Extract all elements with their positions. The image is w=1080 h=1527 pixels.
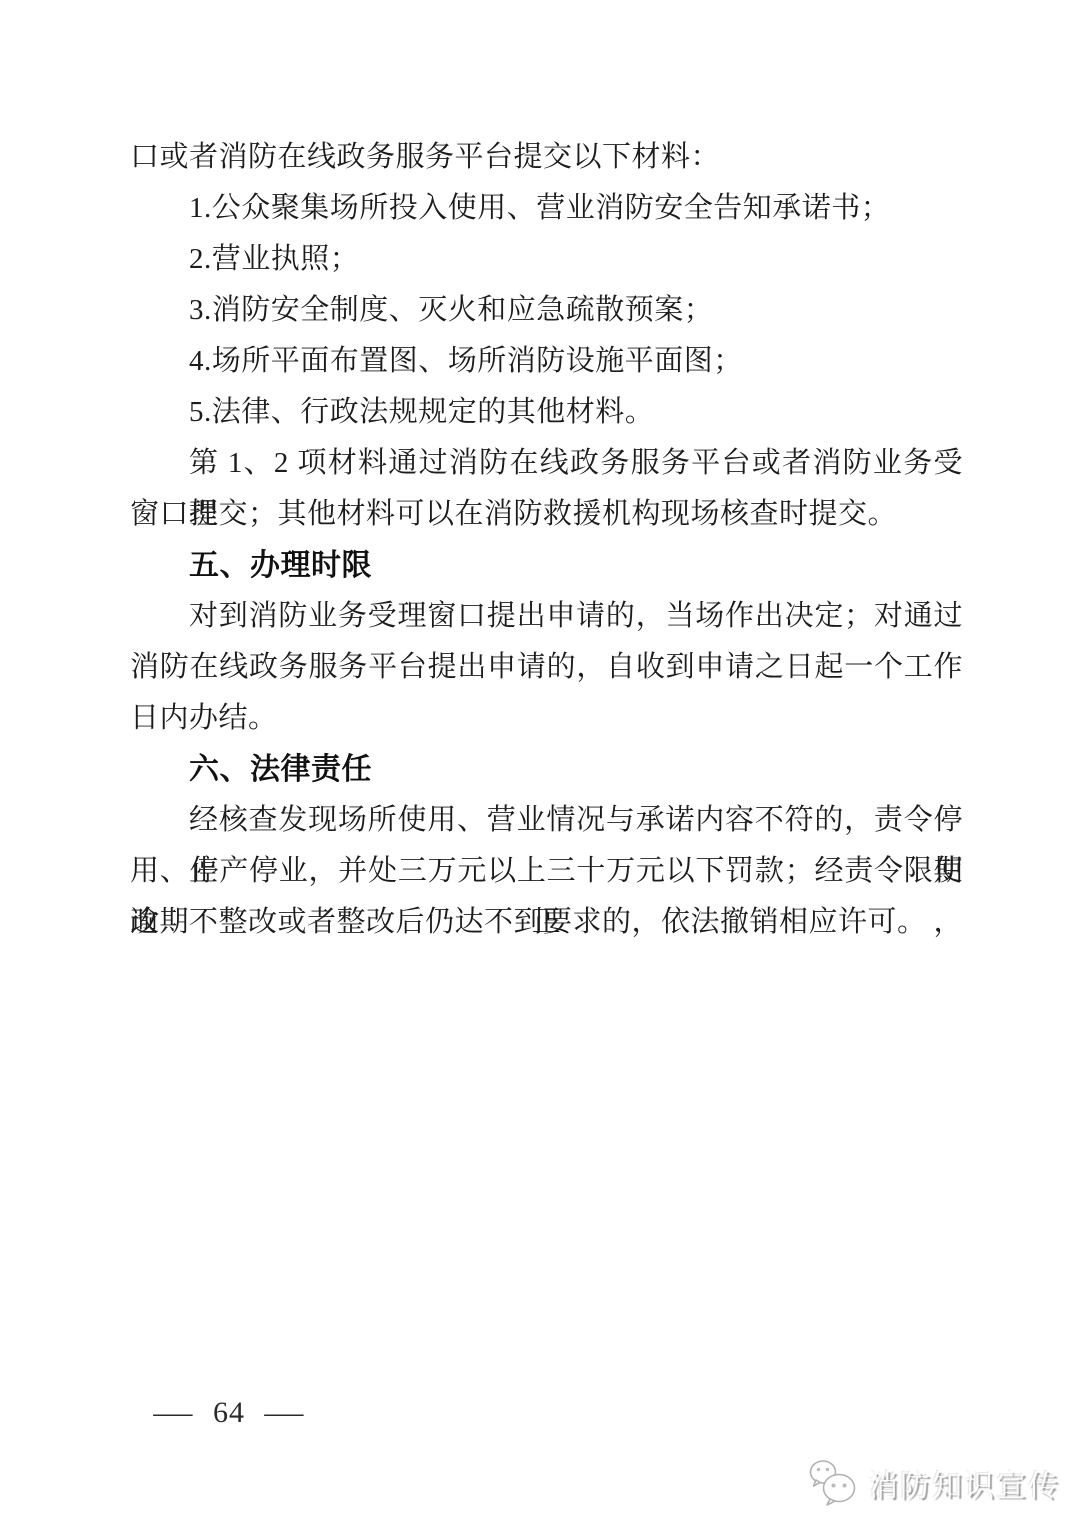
doc-line: 窗口提交；其他材料可以在消防救援机构现场核查时提交。	[130, 489, 963, 540]
doc-line: 4.场所平面布置图、场所消防设施平面图；	[130, 336, 963, 387]
doc-line: 5.法律、行政法规规定的其他材料。	[130, 387, 963, 438]
doc-line: 经核查发现场所使用、营业情况与承诺内容不符的，责令停止使	[130, 795, 963, 846]
doc-line: 口或者消防在线政务服务平台提交以下材料：	[130, 132, 963, 183]
page-number-dash-left: —	[153, 1396, 193, 1430]
doc-line: 消防在线政务服务平台提出申请的，自收到申请之日起一个工作	[130, 642, 963, 693]
doc-line: 2.营业执照；	[130, 234, 963, 285]
doc-line: 日内办结。	[130, 693, 963, 744]
doc-line: 逾期不整改或者整改后仍达不到要求的，依法撤销相应许可。	[130, 897, 963, 948]
page-number-value: 64	[213, 1396, 245, 1430]
page-number-dash-right: —	[264, 1396, 304, 1430]
page-number: — 64 —	[158, 1396, 300, 1430]
wechat-icon	[808, 1459, 858, 1507]
wechat-watermark: 消防知识宣传	[808, 1459, 1060, 1507]
document-body: 口或者消防在线政务服务平台提交以下材料： 1.公众聚集场所投入使用、营业消防安全…	[130, 132, 963, 948]
doc-line: 用、停产停业，并处三万元以上三十万元以下罚款；经责令限期改正，	[130, 846, 963, 897]
doc-line: 1.公众聚集场所投入使用、营业消防安全告知承诺书；	[130, 183, 963, 234]
doc-line: 第 1、2 项材料通过消防在线政务服务平台或者消防业务受理	[130, 438, 963, 489]
section-heading-6: 六、法律责任	[130, 744, 963, 795]
doc-line: 对到消防业务受理窗口提出申请的，当场作出决定；对通过	[130, 591, 963, 642]
section-heading-5: 五、办理时限	[130, 540, 963, 591]
watermark-label: 消防知识宣传	[868, 1461, 1060, 1505]
doc-line: 3.消防安全制度、灭火和应急疏散预案；	[130, 285, 963, 336]
